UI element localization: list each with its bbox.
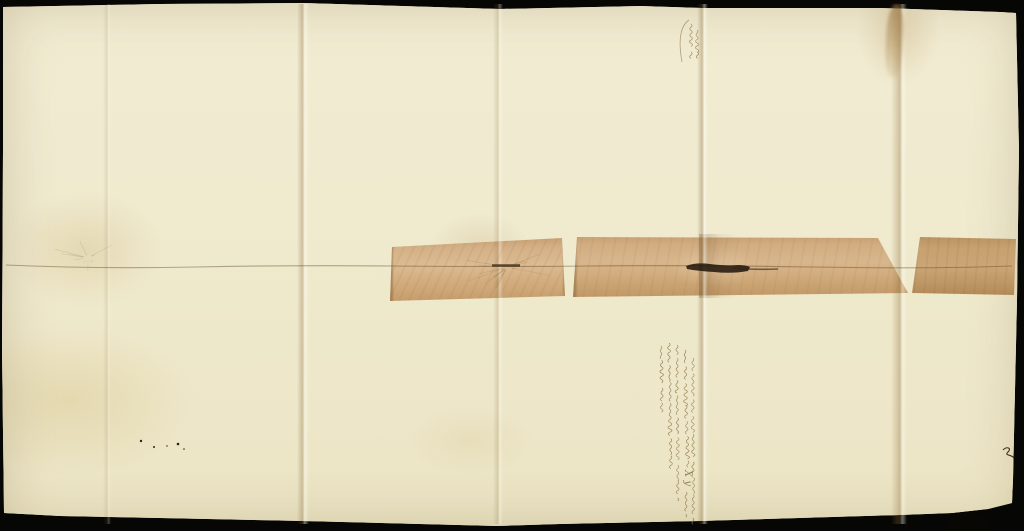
- tape-fold-shadow: [699, 234, 737, 298]
- bottom-edge-dark-blob: [945, 512, 989, 531]
- scanned-document-page: X y: [0, 0, 1024, 531]
- paper-sheet: [0, 0, 1024, 531]
